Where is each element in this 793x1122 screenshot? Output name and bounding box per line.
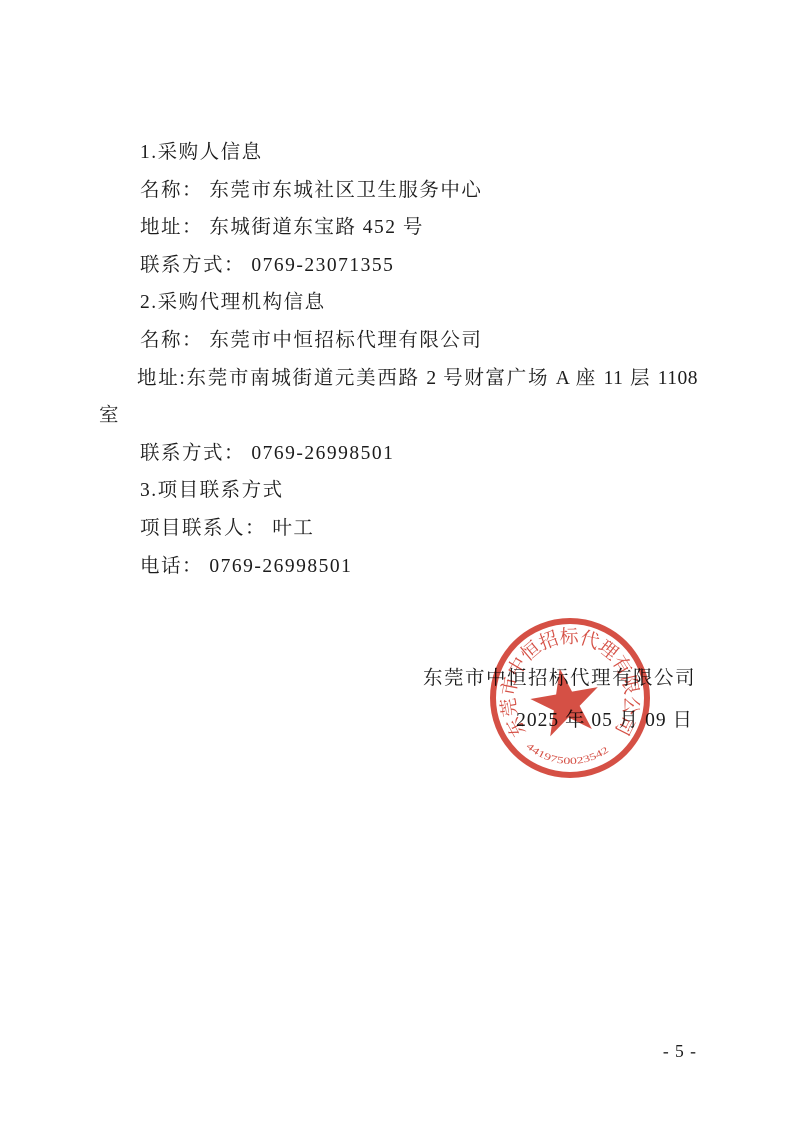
company-seal-stamp: 东莞市中恒招标代理有限公司 4419750023542 <box>468 596 672 800</box>
agency-address-line: 地址:东莞市南城街道元美西路 2 号财富广场 A 座 11 层 1108 <box>99 360 698 398</box>
purchaser-address-line: 地址： 东城街道东宝路 452 号 <box>99 209 698 247</box>
document-page: 1.采购人信息 名称： 东莞市东城社区卫生服务中心 地址： 东城街道东宝路 45… <box>0 0 793 1122</box>
document-body: 1.采购人信息 名称： 东莞市东城社区卫生服务中心 地址： 东城街道东宝路 45… <box>99 134 698 585</box>
page-number: - 5 - <box>663 1041 697 1062</box>
purchaser-name-line: 名称： 东莞市东城社区卫生服务中心 <box>99 172 698 210</box>
section-heading-project: 3.项目联系方式 <box>99 472 698 510</box>
purchaser-contact-line: 联系方式： 0769-23071355 <box>99 247 698 285</box>
agency-address-wrap-line: 室 <box>99 397 698 435</box>
section-heading-purchaser: 1.采购人信息 <box>99 134 698 172</box>
agency-contact-line: 联系方式： 0769-26998501 <box>99 435 698 473</box>
signature-date: 2025 年 05 月 09 日 <box>516 704 693 732</box>
section-heading-agency: 2.采购代理机构信息 <box>99 284 698 322</box>
seal-code-text: 4419750023542 <box>523 741 611 768</box>
signature-company: 东莞市中恒招标代理有限公司 <box>423 662 696 690</box>
seal-ring <box>493 621 647 775</box>
project-contact-person-line: 项目联系人： 叶工 <box>99 510 698 548</box>
agency-name-line: 名称： 东莞市中恒招标代理有限公司 <box>99 322 698 360</box>
seal-code-text-container: 4419750023542 <box>523 741 611 768</box>
project-phone-line: 电话： 0769-26998501 <box>99 548 698 586</box>
